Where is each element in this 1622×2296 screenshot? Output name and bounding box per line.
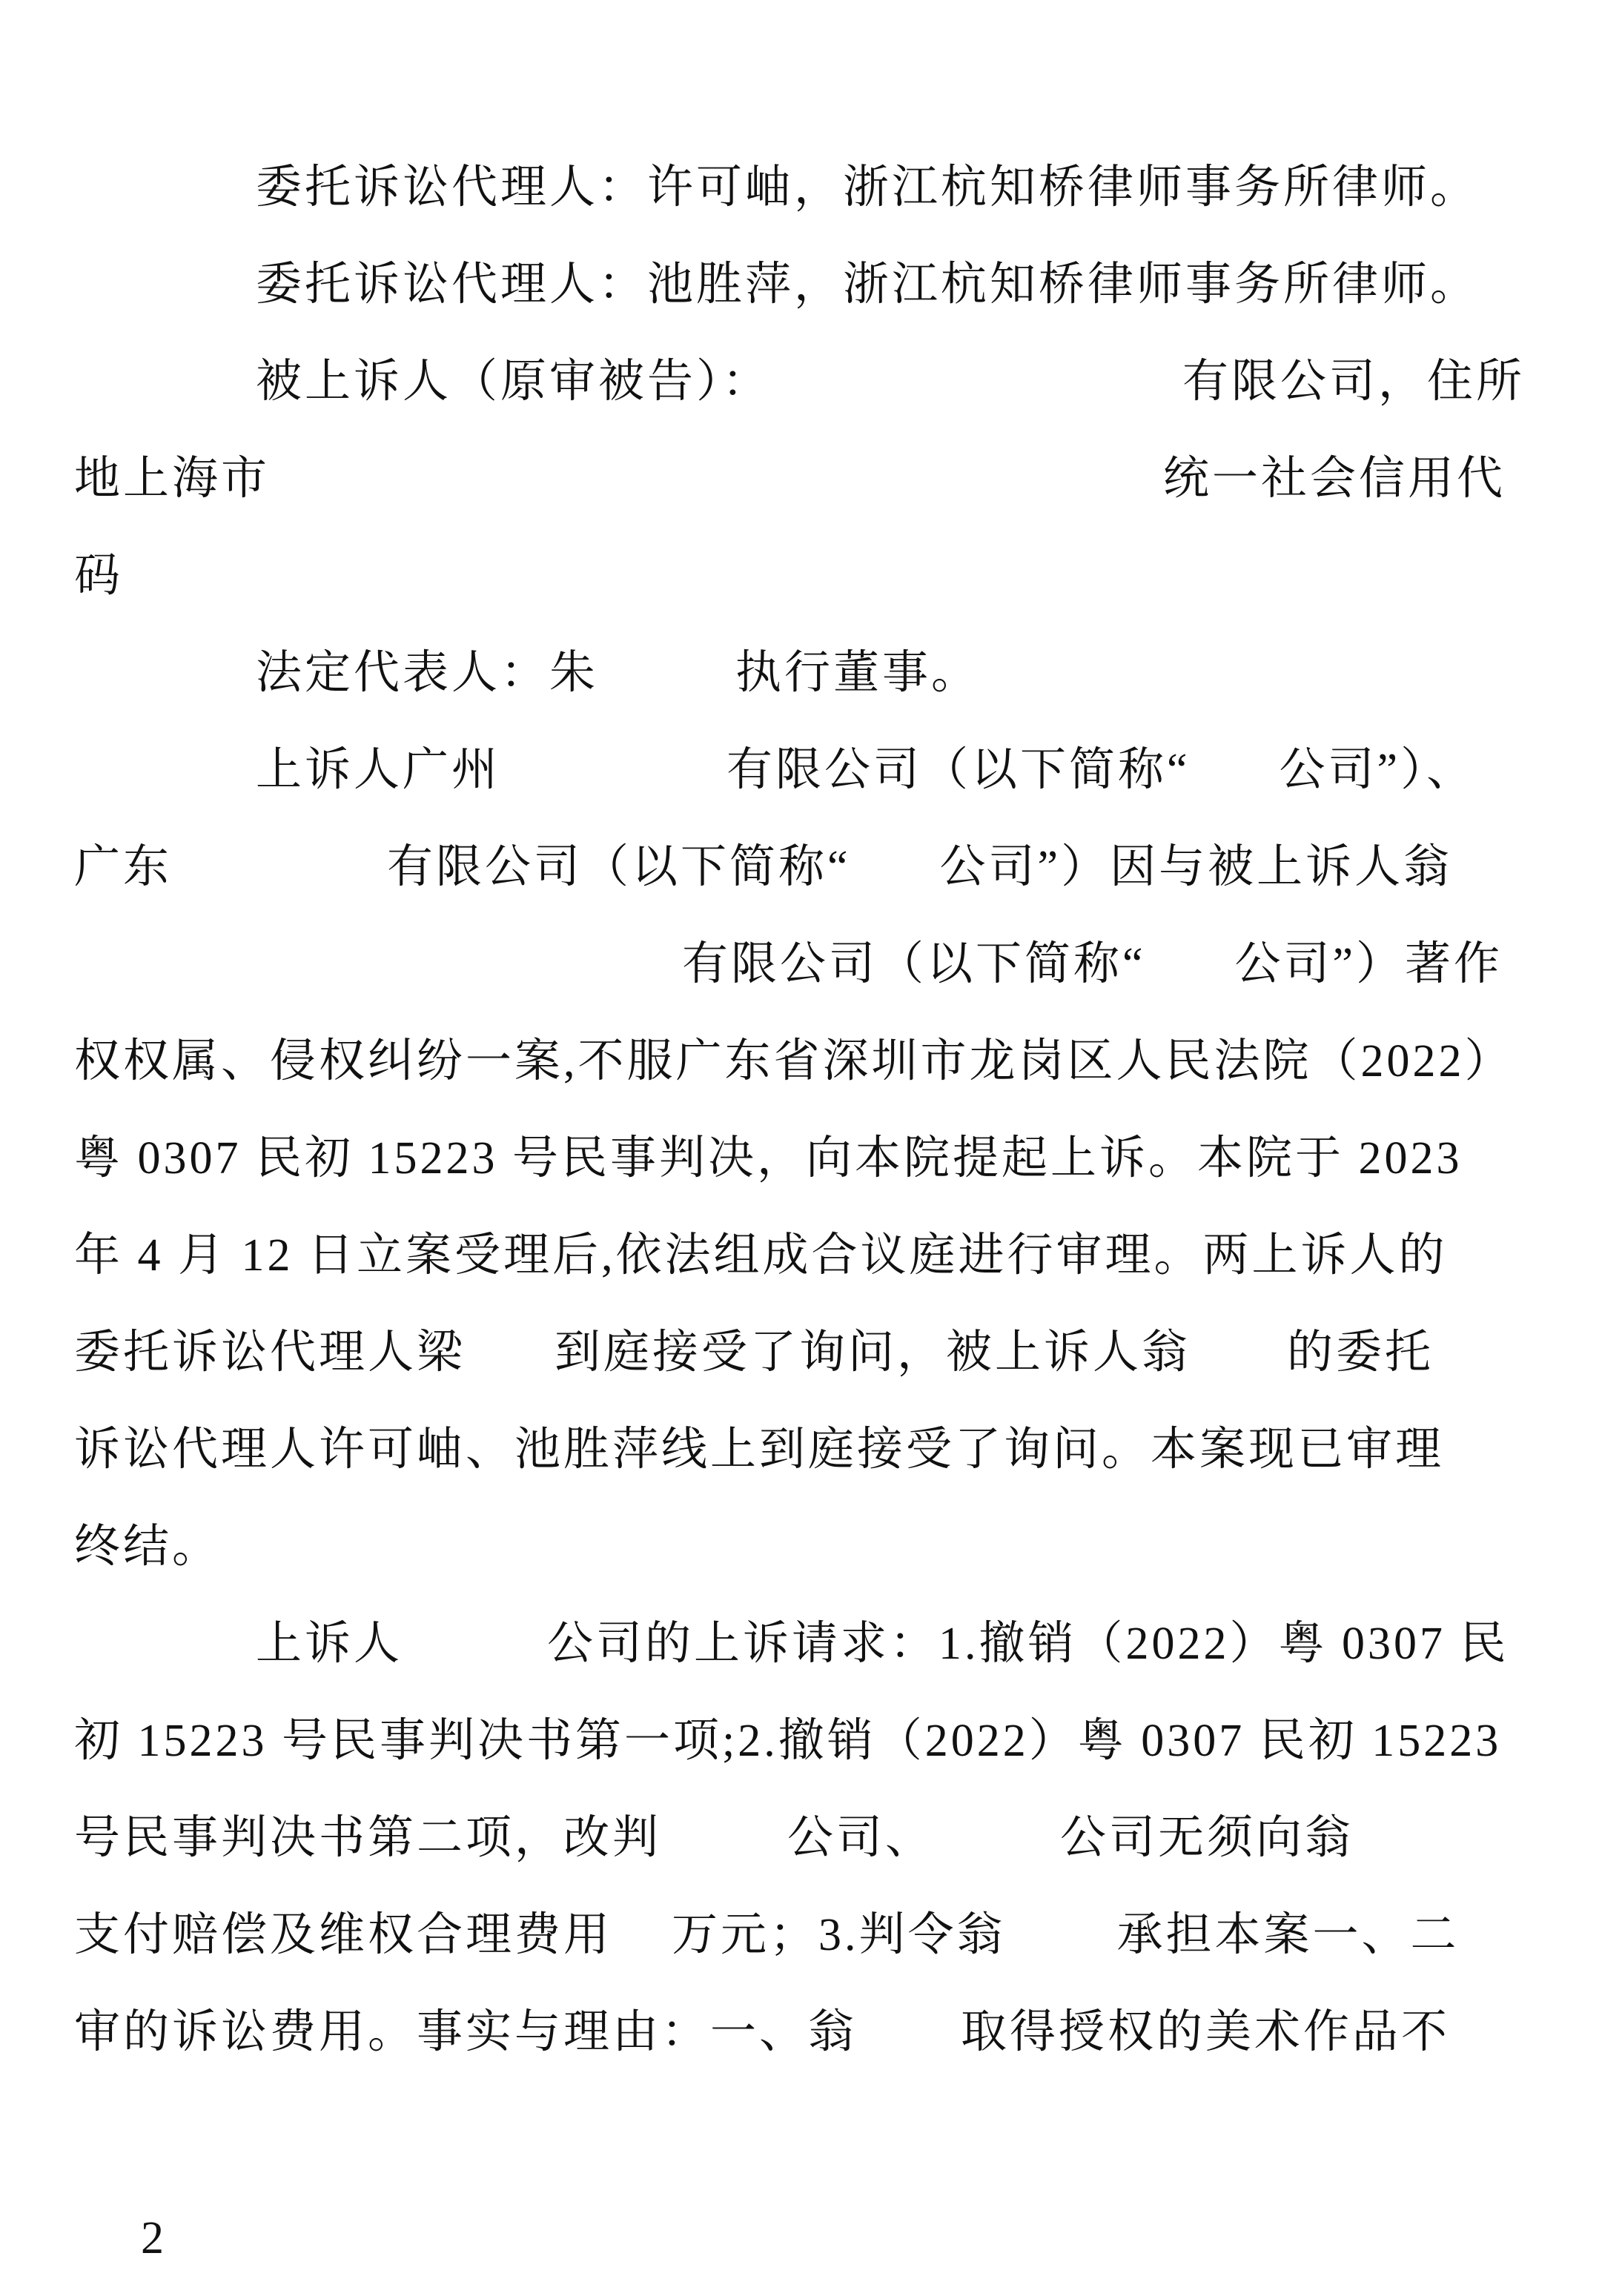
redacted-region xyxy=(500,784,726,785)
text-line-17: 初 15223 号民事判决书第一项;2.撤销（2022）粤 0307 民初 15… xyxy=(74,1693,1546,1790)
redacted-region xyxy=(851,881,940,882)
redacted-region xyxy=(934,1852,1060,1853)
text-line-13: 委托诉讼代理人梁到庭接受了询问，被上诉人翁的委托 xyxy=(74,1304,1546,1401)
line-text: 上诉人 xyxy=(256,1596,403,1693)
line-text: 审的诉讼费用。事实与理由：一、翁 xyxy=(74,1984,857,2081)
redacted-region xyxy=(857,2046,961,2047)
judgment-page: 委托诉讼代理人：许可岫，浙江杭知桥律师事务所律师。 委托诉讼代理人：池胜萍，浙江… xyxy=(0,0,1622,2296)
text-line-7: 上诉人广州有限公司（以下简称“公司”）、 xyxy=(74,722,1546,819)
line-text: 诉讼代理人许可岫、池胜萍线上到庭接受了询问。本案现已审理 xyxy=(74,1401,1444,1499)
line-text: 公司的上诉请求：1.撤销（2022）粤 0307 民 xyxy=(547,1596,1509,1693)
line-text: 的委托 xyxy=(1287,1304,1434,1401)
line-text: 公司”）因与被上诉人翁 xyxy=(940,819,1453,916)
line-text: 到庭接受了询问，被上诉人翁 xyxy=(555,1304,1191,1401)
text-line-4: 地上海市统一社会信用代 xyxy=(74,431,1546,528)
redacted-region xyxy=(1006,1949,1117,1950)
text-line-2: 委托诉讼代理人：池胜萍，浙江杭知桥律师事务所律师。 xyxy=(74,236,1546,334)
line-text: 统一社会信用代 xyxy=(1163,431,1506,528)
redacted-region xyxy=(466,1367,555,1367)
line-text: 广东 xyxy=(74,819,172,916)
paragraph-indent xyxy=(74,687,256,688)
text-line-8: 广东有限公司（以下简称“公司”）因与被上诉人翁 xyxy=(74,819,1546,916)
paragraph-indent xyxy=(74,784,256,785)
line-text: 码 xyxy=(74,528,123,625)
redacted-region xyxy=(661,1852,787,1853)
paragraph-indent xyxy=(74,1658,256,1659)
line-text: 上诉人广州 xyxy=(256,722,500,819)
line-text: 年 4 月 12 日立案受理后,依法组成合议庭进行审理。两上诉人的 xyxy=(74,1207,1448,1304)
redacted-region xyxy=(1191,1367,1287,1367)
text-line-14: 诉讼代理人许可岫、池胜萍线上到庭接受了询问。本案现已审理 xyxy=(74,1401,1546,1499)
redacted-region xyxy=(74,978,682,979)
line-text: 取得授权的美术作品不 xyxy=(961,1984,1450,2081)
text-line-1: 委托诉讼代理人：许可岫，浙江杭知桥律师事务所律师。 xyxy=(74,139,1546,236)
text-line-6: 法定代表人：朱执行董事。 xyxy=(74,625,1546,722)
line-text: 委托诉讼代理人梁 xyxy=(74,1304,466,1401)
text-line-19: 支付赔偿及维权合理费用万元；3.判令翁承担本案一、二 xyxy=(74,1887,1546,1984)
page-number: 2 xyxy=(141,2212,164,2265)
line-text: 初 15223 号民事判决书第一项;2.撤销（2022）粤 0307 民初 15… xyxy=(74,1693,1501,1790)
line-text: 公司”）著作 xyxy=(1235,916,1503,1013)
line-text: 万元；3.判令翁 xyxy=(672,1887,1006,1984)
document-body: 委托诉讼代理人：许可岫，浙江杭知桥律师事务所律师。 委托诉讼代理人：池胜萍，浙江… xyxy=(74,139,1546,2081)
line-text: 被上诉人（原审被告）： xyxy=(256,334,771,431)
line-text: 有限公司（以下简称“ xyxy=(387,819,851,916)
line-text: 公司”）、 xyxy=(1280,722,1476,819)
text-line-18: 号民事判决书第二项，改判公司、公司无须向翁 xyxy=(74,1790,1546,1887)
line-text: 公司无须向翁 xyxy=(1060,1790,1354,1887)
redacted-region xyxy=(270,493,1163,494)
paragraph-indent xyxy=(74,396,256,397)
line-text: 有限公司，住所 xyxy=(1182,334,1525,431)
line-text: 委托诉讼代理人：池胜萍，浙江杭知桥律师事务所律师。 xyxy=(256,236,1479,334)
text-line-10: 权权属、侵权纠纷一案,不服广东省深圳市龙岗区人民法院（2022） xyxy=(74,1013,1546,1110)
line-text: 执行董事。 xyxy=(735,625,980,722)
redacted-region xyxy=(403,1658,547,1659)
text-line-16: 上诉人公司的上诉请求：1.撤销（2022）粤 0307 民 xyxy=(74,1596,1546,1693)
redacted-region xyxy=(598,687,735,688)
redacted-region xyxy=(172,881,387,882)
line-text: 公司、 xyxy=(787,1790,934,1887)
redacted-region xyxy=(612,1949,672,1950)
redacted-region xyxy=(1146,978,1235,979)
text-line-9: 有限公司（以下简称“公司”）著作 xyxy=(74,916,1546,1013)
line-text: 权权属、侵权纠纷一案,不服广东省深圳市龙岗区人民法院（2022） xyxy=(74,1013,1514,1110)
line-text: 法定代表人：朱 xyxy=(256,625,598,722)
line-text: 支付赔偿及维权合理费用 xyxy=(74,1887,612,1984)
paragraph-indent xyxy=(74,202,256,202)
line-text: 终结。 xyxy=(74,1499,221,1596)
paragraph-indent xyxy=(74,299,256,299)
text-line-3: 被上诉人（原审被告）：有限公司，住所 xyxy=(74,334,1546,431)
line-text: 有限公司（以下简称“ xyxy=(682,916,1146,1013)
text-line-5: 码 xyxy=(74,528,1546,625)
line-text: 号民事判决书第二项，改判 xyxy=(74,1790,661,1887)
line-text: 委托诉讼代理人：许可岫，浙江杭知桥律师事务所律师。 xyxy=(256,139,1479,236)
text-line-20: 审的诉讼费用。事实与理由：一、翁取得授权的美术作品不 xyxy=(74,1984,1546,2081)
redacted-region xyxy=(1191,784,1280,785)
line-text: 粤 0307 民初 15223 号民事判决，向本院提起上诉。本院于 2023 xyxy=(74,1110,1463,1207)
text-line-12: 年 4 月 12 日立案受理后,依法组成合议庭进行审理。两上诉人的 xyxy=(74,1207,1546,1304)
line-text: 承担本案一、二 xyxy=(1117,1887,1460,1984)
line-text: 有限公司（以下简称“ xyxy=(726,722,1191,819)
text-line-15: 终结。 xyxy=(74,1499,1546,1596)
line-text: 地上海市 xyxy=(74,431,270,528)
text-line-11: 粤 0307 民初 15223 号民事判决，向本院提起上诉。本院于 2023 xyxy=(74,1110,1546,1207)
redacted-region xyxy=(771,396,1182,397)
